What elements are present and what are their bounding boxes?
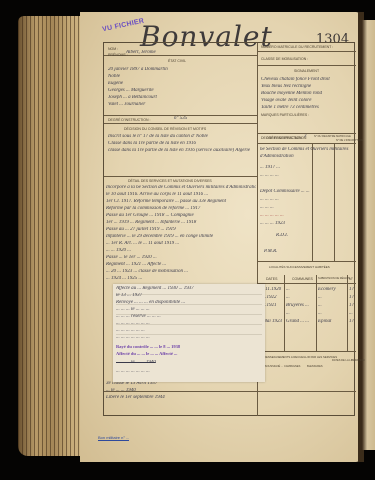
corps-line: 6e Section de Commis et Ouvriers militai… [260,147,354,152]
localites-commune: Grand ... ... [286,319,316,324]
localites-header-dates: Dates [266,277,277,281]
slip-line-struck: ... ... ... le ... ... 1940 [116,360,262,365]
corps-col-header: N° de l'inscription [336,139,363,142]
localites-subdivision: Épinal [318,319,347,324]
footer-col: Campagnes [284,365,300,368]
decision-line: Inscrit sous le n° 17 de la liste du can… [108,134,256,139]
bottom-stamp: Bon militaire n° ... [98,435,129,441]
etat-civil-title: ÉTAT CIVIL [168,59,186,63]
etat-civil-line: Valet ... Journalier [108,102,256,107]
localites-commune: ... [286,287,316,292]
services-line: Régiment ... 1921 ... Affecté ... [106,262,256,267]
slip-line: ... ... ... le ... ... ... [116,307,262,312]
etat-civil-line: Georges ... Marguerite [108,88,256,93]
renseignements-title: RENSEIGNEMENTS A RECUEILLIR PAR LES SERV… [264,355,337,359]
slip-line: Renvoyé ... ... ... en disponibilité ... [116,300,262,305]
slip-line: ... ... ... ... ... ... ... [116,321,262,326]
slip-line: ... ... ... ... ... ... ... [116,335,262,340]
slip-purple-stamp: Affecté du ... ... le ... ... Affecté ..… [116,351,262,356]
corps-line: R.D.I. [276,233,312,238]
pasted-slip: Affecté au ... Régiment ... 1930 ... 193… [113,284,265,382]
corps-line: ... ... ... ... ... [260,213,312,218]
slip-purple-stamp: Rayé du contrôle ... ... le 8 ... 1938 [116,344,262,349]
services-line: ... 1924 ... 1925 ... [106,276,256,281]
signalement-title: SIGNALEMENT [294,69,319,73]
classe-label: Classe de mobilisation : [261,57,308,61]
services-line: Réformé par la commission de réforme ...… [106,206,256,211]
localites-subdivision: Ecomery [318,287,347,292]
localites-title: LOCALITÉS SUCCESSIVEMENT HABITÉES [269,265,330,269]
slip-line: ... ... ... ... ... ... ... [116,369,262,374]
footer-col: Dates de la libération [332,359,364,362]
services-line: 1er ... 1919 ... Régiment ... Infanterie… [106,220,256,225]
signalement-line: Cheveux châtain foncé Front droit [261,77,354,82]
numero-label: Numéro matricule du recrutement : [261,45,333,49]
localites-commune: ... [286,311,316,316]
services-line: Passé ... le 1er ... 1920 ... [106,255,256,260]
corps-line: ... 1917 ... [260,165,312,170]
corps-line: ... ... ... [260,205,312,210]
corps-line: P.M.R. [264,249,312,254]
decision-line: classé dans la 1re partie de la liste en… [108,148,256,153]
services-line: Incorporé à la 6e Section de Commis et O… [106,185,256,190]
localites-num: 17 [349,287,356,292]
decision-line: Classé dans la 1re partie de la liste en… [108,141,256,146]
localites-num: 17 [349,319,356,324]
localites-header-subdivision: Subdivision de région [318,277,350,280]
corps-line: Dépôt Commissaire ... ... [260,189,312,194]
slip-line: Affecté au ... Régiment ... 1930 ... 193… [116,286,262,291]
services-line: ... 1er R. Art. ... le ... 11 août 1919 … [106,241,256,246]
decision-title: DÉCISION DU CONSEIL DE RÉVISION ET MOTIF… [124,127,206,131]
localites-commune: ... [286,295,316,300]
signalement-line: Yeux bleus Nez rectiligne [261,84,354,89]
services-line: Passé au 1er Groupe ... 1918 ... Compagn… [106,213,256,218]
services-line: le 10 août 1916. Arrivé au corps le 11 a… [106,192,256,197]
localites-num: 17 [349,295,356,300]
corps-line: d'Administration [260,154,312,159]
corps-title: CORPS D'AFFECTATION [266,136,306,140]
services-line: Passé au ... 27 juillet 1919 ... 1919 [106,227,256,232]
localites-header-num: N° [349,277,353,281]
etat-civil-line: Noble [108,74,256,79]
lower-left-line: Libéré le 1er septembre 1944 [106,395,226,400]
localites-subdivision: ... [318,303,347,308]
services-line: Infanterie ... le 29 décembre 1919 ... e… [106,234,256,239]
slip-line: ... ... ... ... ... ... [116,328,262,333]
nom-label: Nom : [108,47,118,51]
localites-commune: Bruyères ... [286,303,316,308]
lower-left-line: ... le ... ... 1940 [106,388,226,393]
degree-label: Degré d'instruction : [108,118,150,122]
signalement-line: Visage ovale Teint coloré [261,98,354,103]
slip-line: ... ... ... réserve ... ... ... [116,314,262,319]
localites-subdivision: ... [318,311,347,316]
localites-num: ... [349,311,356,316]
next-page-edge [362,20,375,450]
corps-line: ... ... ... ... [260,197,312,202]
signalement-line: Taille 1 mètre 73 centimètres [261,105,354,110]
prenoms-value: Albert, Jérôme [126,50,156,55]
etat-civil-line: 20 janvier 1897 à Dommartin [108,67,256,72]
etat-civil-line: Joseph ... à Bettaincourt [108,95,256,100]
page-edges [18,16,88,456]
footer-col: Blessures [307,365,323,368]
localites-header-communes: Communes [292,277,313,281]
signalement-line: Bouche moyenne Menton rond [261,91,354,96]
degree-value: n° 535 [174,116,187,121]
services-line: ... 20 ... 1923 ... classe de mobilisati… [106,269,256,274]
etat-civil-line: Eugène [108,81,256,86]
prenoms-label: Prénoms : [108,53,128,57]
marques-label: Marques particulières : [261,113,309,117]
services-line: 1er Cl. 1917. Réformé temporaire ... pas… [106,199,256,204]
localites-subdivision: ... [318,295,347,300]
services-title: DÉTAIL DES SERVICES ET MUTATIONS DIVERSE… [128,179,212,183]
services-line: ... ... 1920 ... [106,248,256,253]
corps-line: ... ... ... 1923 [260,221,312,226]
corps-col-header: N° du registre matricule [314,135,351,138]
corps-line: ... ... ... ... [260,173,312,178]
slip-line: le 13 ... 1937 [116,293,262,298]
localites-num: 17 [349,303,356,308]
